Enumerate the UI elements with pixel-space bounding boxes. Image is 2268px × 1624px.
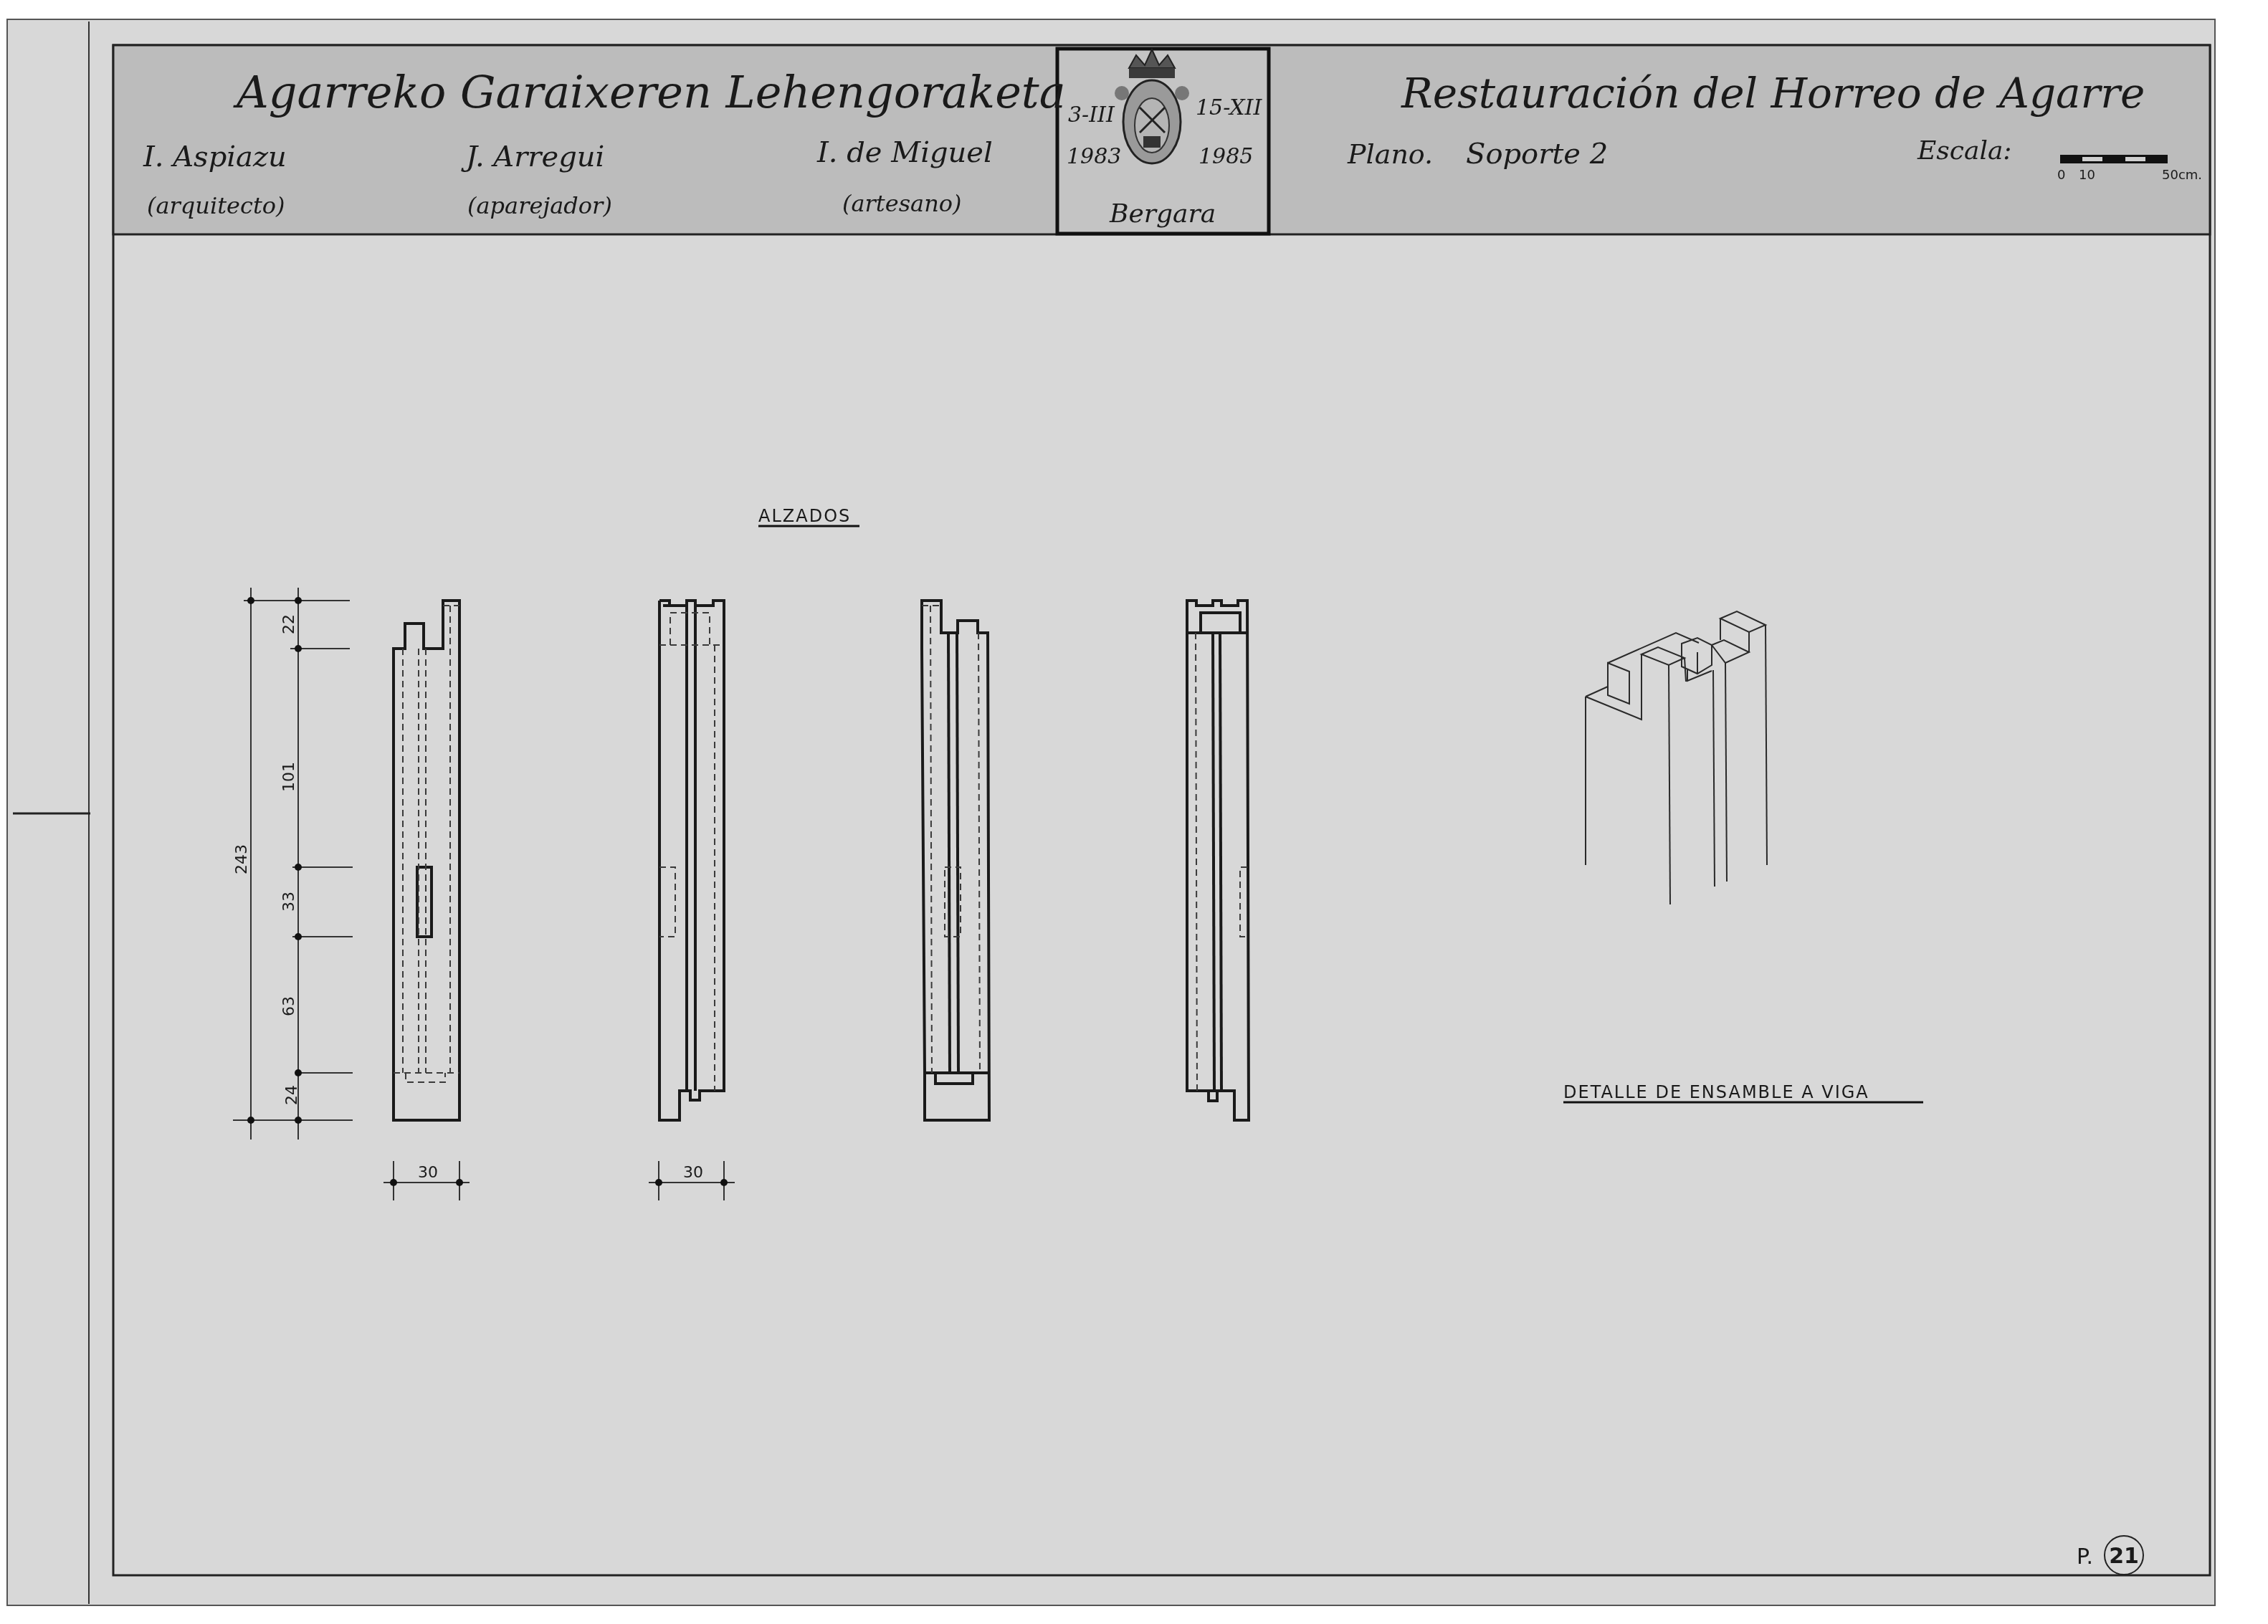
- dim-width-30-b: 30: [683, 1164, 703, 1182]
- dim-width-30-a: 30: [418, 1164, 438, 1182]
- elevations-heading: ALZADOS: [758, 506, 851, 526]
- scale-tick-0: 0: [2057, 168, 2065, 183]
- dim-22: 22: [280, 614, 298, 634]
- basque-title: Agarreko Garaixeren Lehengoraketa: [233, 66, 1066, 118]
- credit-role-1: (arquitecto): [147, 192, 285, 219]
- emblem-end-year: 1985: [1199, 144, 1253, 169]
- emblem-end-date: 15-XII: [1196, 95, 1262, 120]
- detail-heading: DETALLE DE ENSAMBLE A VIGA: [1563, 1082, 1869, 1102]
- credit-name-3: I. de Miguel: [816, 136, 993, 169]
- title-block: Agarreko Garaixeren Lehengoraketa I. Asp…: [113, 45, 2210, 234]
- dim-total-243: 243: [233, 844, 251, 874]
- spanish-title: Restauración del Horreo de Agarre: [1401, 69, 2145, 118]
- emblem-start-year: 1983: [1067, 144, 1121, 169]
- dim-33: 33: [280, 892, 298, 912]
- page-prefix: P.: [2077, 1544, 2093, 1570]
- credit-name-1: I. Aspiazu: [143, 140, 287, 173]
- drawing-sheet: Agarreko Garaixeren Lehengoraketa I. Asp…: [0, 0, 2268, 1624]
- scale-tick-10: 10: [2079, 168, 2095, 183]
- paper: [7, 19, 2215, 1605]
- credit-name-2: J. Arregui: [461, 140, 604, 173]
- scale-label: Escala:: [1917, 136, 2011, 166]
- plan-value: Soporte 2: [1466, 138, 1608, 171]
- credit-role-2: (aparejador): [467, 192, 612, 219]
- emblem-start-date: 3-III: [1068, 102, 1115, 128]
- emblem-place: Bergara: [1109, 199, 1216, 229]
- dim-63: 63: [280, 996, 298, 1016]
- page-number: 21: [2109, 1544, 2139, 1569]
- credit-role-3: (artesano): [842, 190, 962, 217]
- dim-101: 101: [280, 762, 298, 792]
- dim-24: 24: [283, 1085, 301, 1105]
- plan-label: Plano.: [1347, 138, 1433, 170]
- scale-tick-50: 50cm.: [2162, 168, 2202, 183]
